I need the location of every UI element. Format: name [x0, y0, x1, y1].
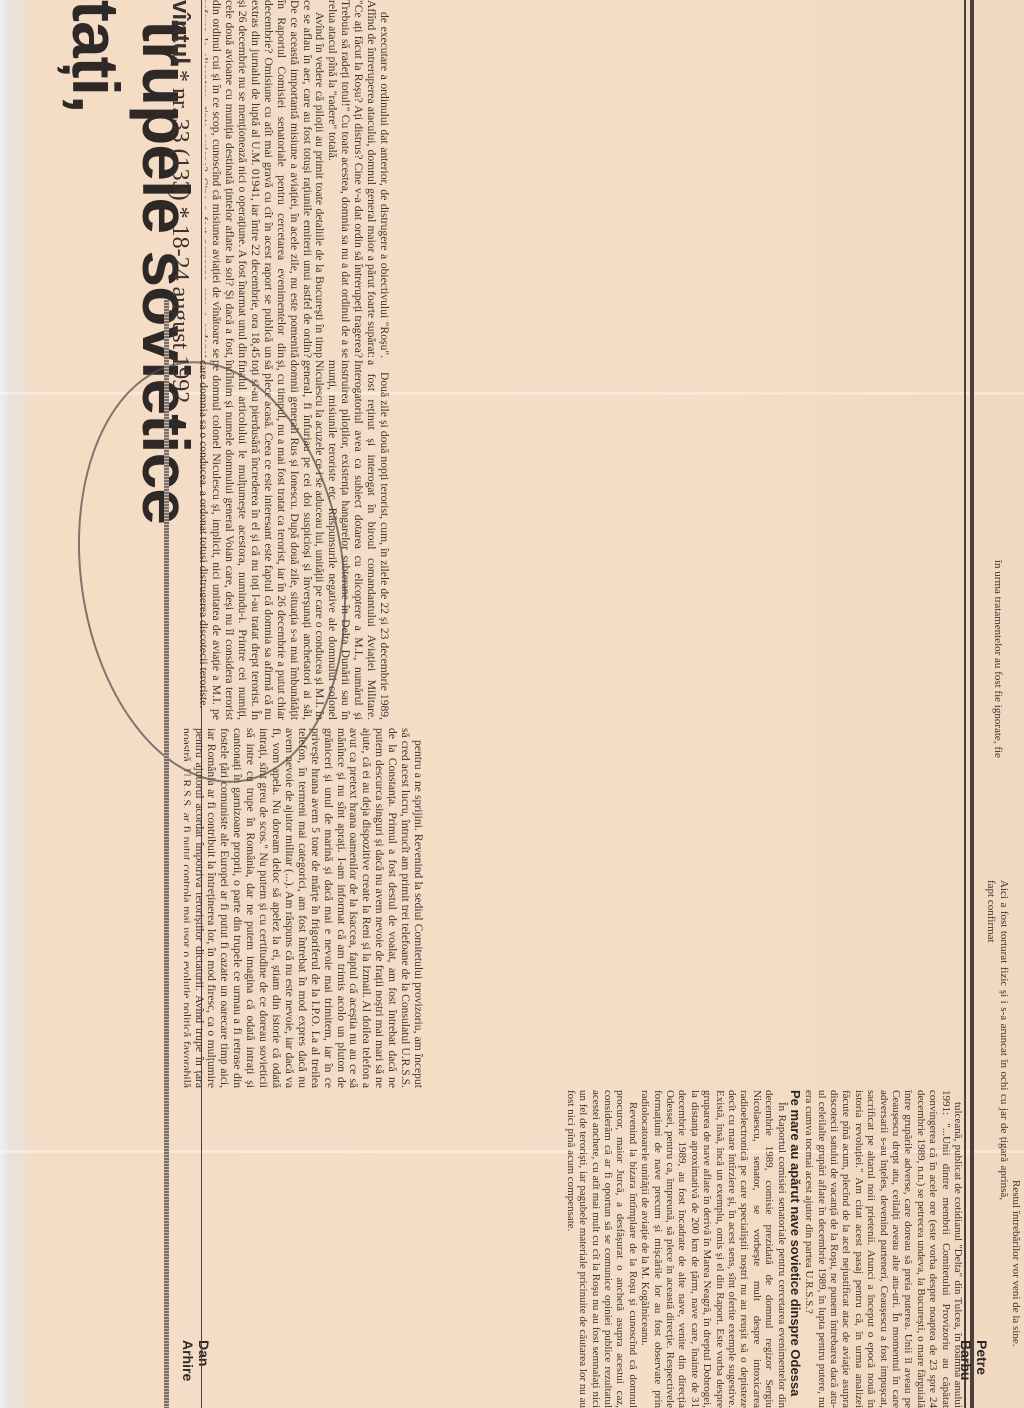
footer-hatched-rule — [164, 300, 169, 1408]
article-column-4: tulceană, publicat de cotidianul "Delta"… — [364, 1090, 964, 1408]
star-separator: * — [167, 207, 193, 219]
paper-name: vîntul — [167, 0, 194, 64]
masthead-footer: vîntul * nr. 33 (133) * 18-24 august 199… — [166, 0, 194, 1408]
star-separator: * — [167, 70, 193, 82]
issue-dates: 18-24 august 1992 — [167, 225, 193, 404]
newspaper-page: în urma tratamentelor au fost fie ignora… — [0, 0, 1024, 1408]
issue-number: nr. 33 (133) — [167, 88, 193, 201]
headline-line1: tați, — [58, 0, 134, 112]
subheading-odessa: Pe mare au apărut nave sovietice dinspre… — [788, 1090, 803, 1408]
top-strip-text: Restul întrebărilor vor veni de la sine. — [1009, 1180, 1022, 1408]
footer-divider — [201, 0, 202, 1408]
top-divider-thick — [970, 0, 974, 1408]
paragraph: Avînd în vedere că piloții au primit toa… — [205, 0, 325, 358]
paragraph: Revenind la bizara întîmplare de la Roșu… — [564, 1090, 638, 1408]
paragraph: tulceană, publicat de cotidianul "Delta"… — [803, 1090, 964, 1408]
rotated-content: în urma tratamentelor au fost fie ignora… — [0, 0, 1024, 1408]
top-strip-text: în urma tratamentelor au fost fie ignora… — [991, 560, 1004, 890]
paragraph: de executare a ordinului dat anterior, d… — [325, 0, 390, 358]
top-divider — [964, 0, 966, 1408]
article-column-1: de executare a ordinului dat anterior, d… — [205, 0, 390, 358]
top-strip-text: Aici a fost torturat fizic și i s-a arun… — [984, 880, 1010, 1200]
paragraph: În Raportul comisiei senatoriale pentru … — [639, 1090, 788, 1408]
